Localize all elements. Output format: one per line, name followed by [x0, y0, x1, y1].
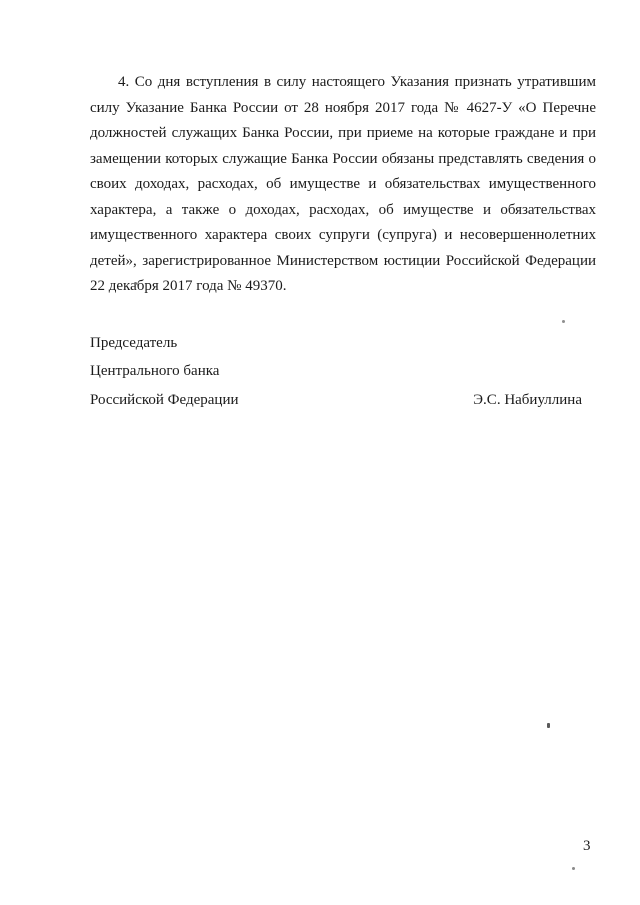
document-page: 4. Со дня вступления в силу настоящего У… — [0, 0, 640, 905]
signature-title-line: Российской Федерации Э.С. Набиуллина — [90, 386, 582, 414]
paragraph-line: 4. Со дня вступления в силу настоящего У… — [90, 70, 596, 96]
paragraph-line: 22 декабря 2017 года № 49370. — [90, 274, 596, 300]
scan-artifact-dot — [562, 320, 565, 323]
signature-block: Председатель Центрального банка Российск… — [90, 329, 582, 414]
signature-title-line: Председатель — [90, 329, 582, 357]
paragraph-item-4: 4. Со дня вступления в силу настоящего У… — [90, 70, 596, 300]
signature-title-line: Центрального банка — [90, 357, 582, 385]
paragraph-line: детей», зарегистрированное Министерством… — [90, 249, 596, 275]
scan-artifact-dot — [134, 282, 137, 285]
paragraph-line: своих доходах, расходах, об имуществе и … — [90, 172, 596, 198]
paragraph-line: имущественного характера своих супруги (… — [90, 223, 596, 249]
signature-title-text: Российской Федерации — [90, 386, 239, 414]
paragraph-line: замещении которых служащие Банка России … — [90, 147, 596, 173]
paragraph-line: должностей служащих Банка России, при пр… — [90, 121, 596, 147]
scan-artifact-dot — [547, 723, 550, 728]
paragraph-line: характера, а также о доходах, расходах, … — [90, 198, 596, 224]
page-number: 3 — [583, 836, 591, 856]
scan-artifact-dot — [572, 867, 575, 870]
signatory-name: Э.С. Набиуллина — [473, 386, 582, 414]
paragraph-line: силу Указание Банка России от 28 ноября … — [90, 96, 596, 122]
